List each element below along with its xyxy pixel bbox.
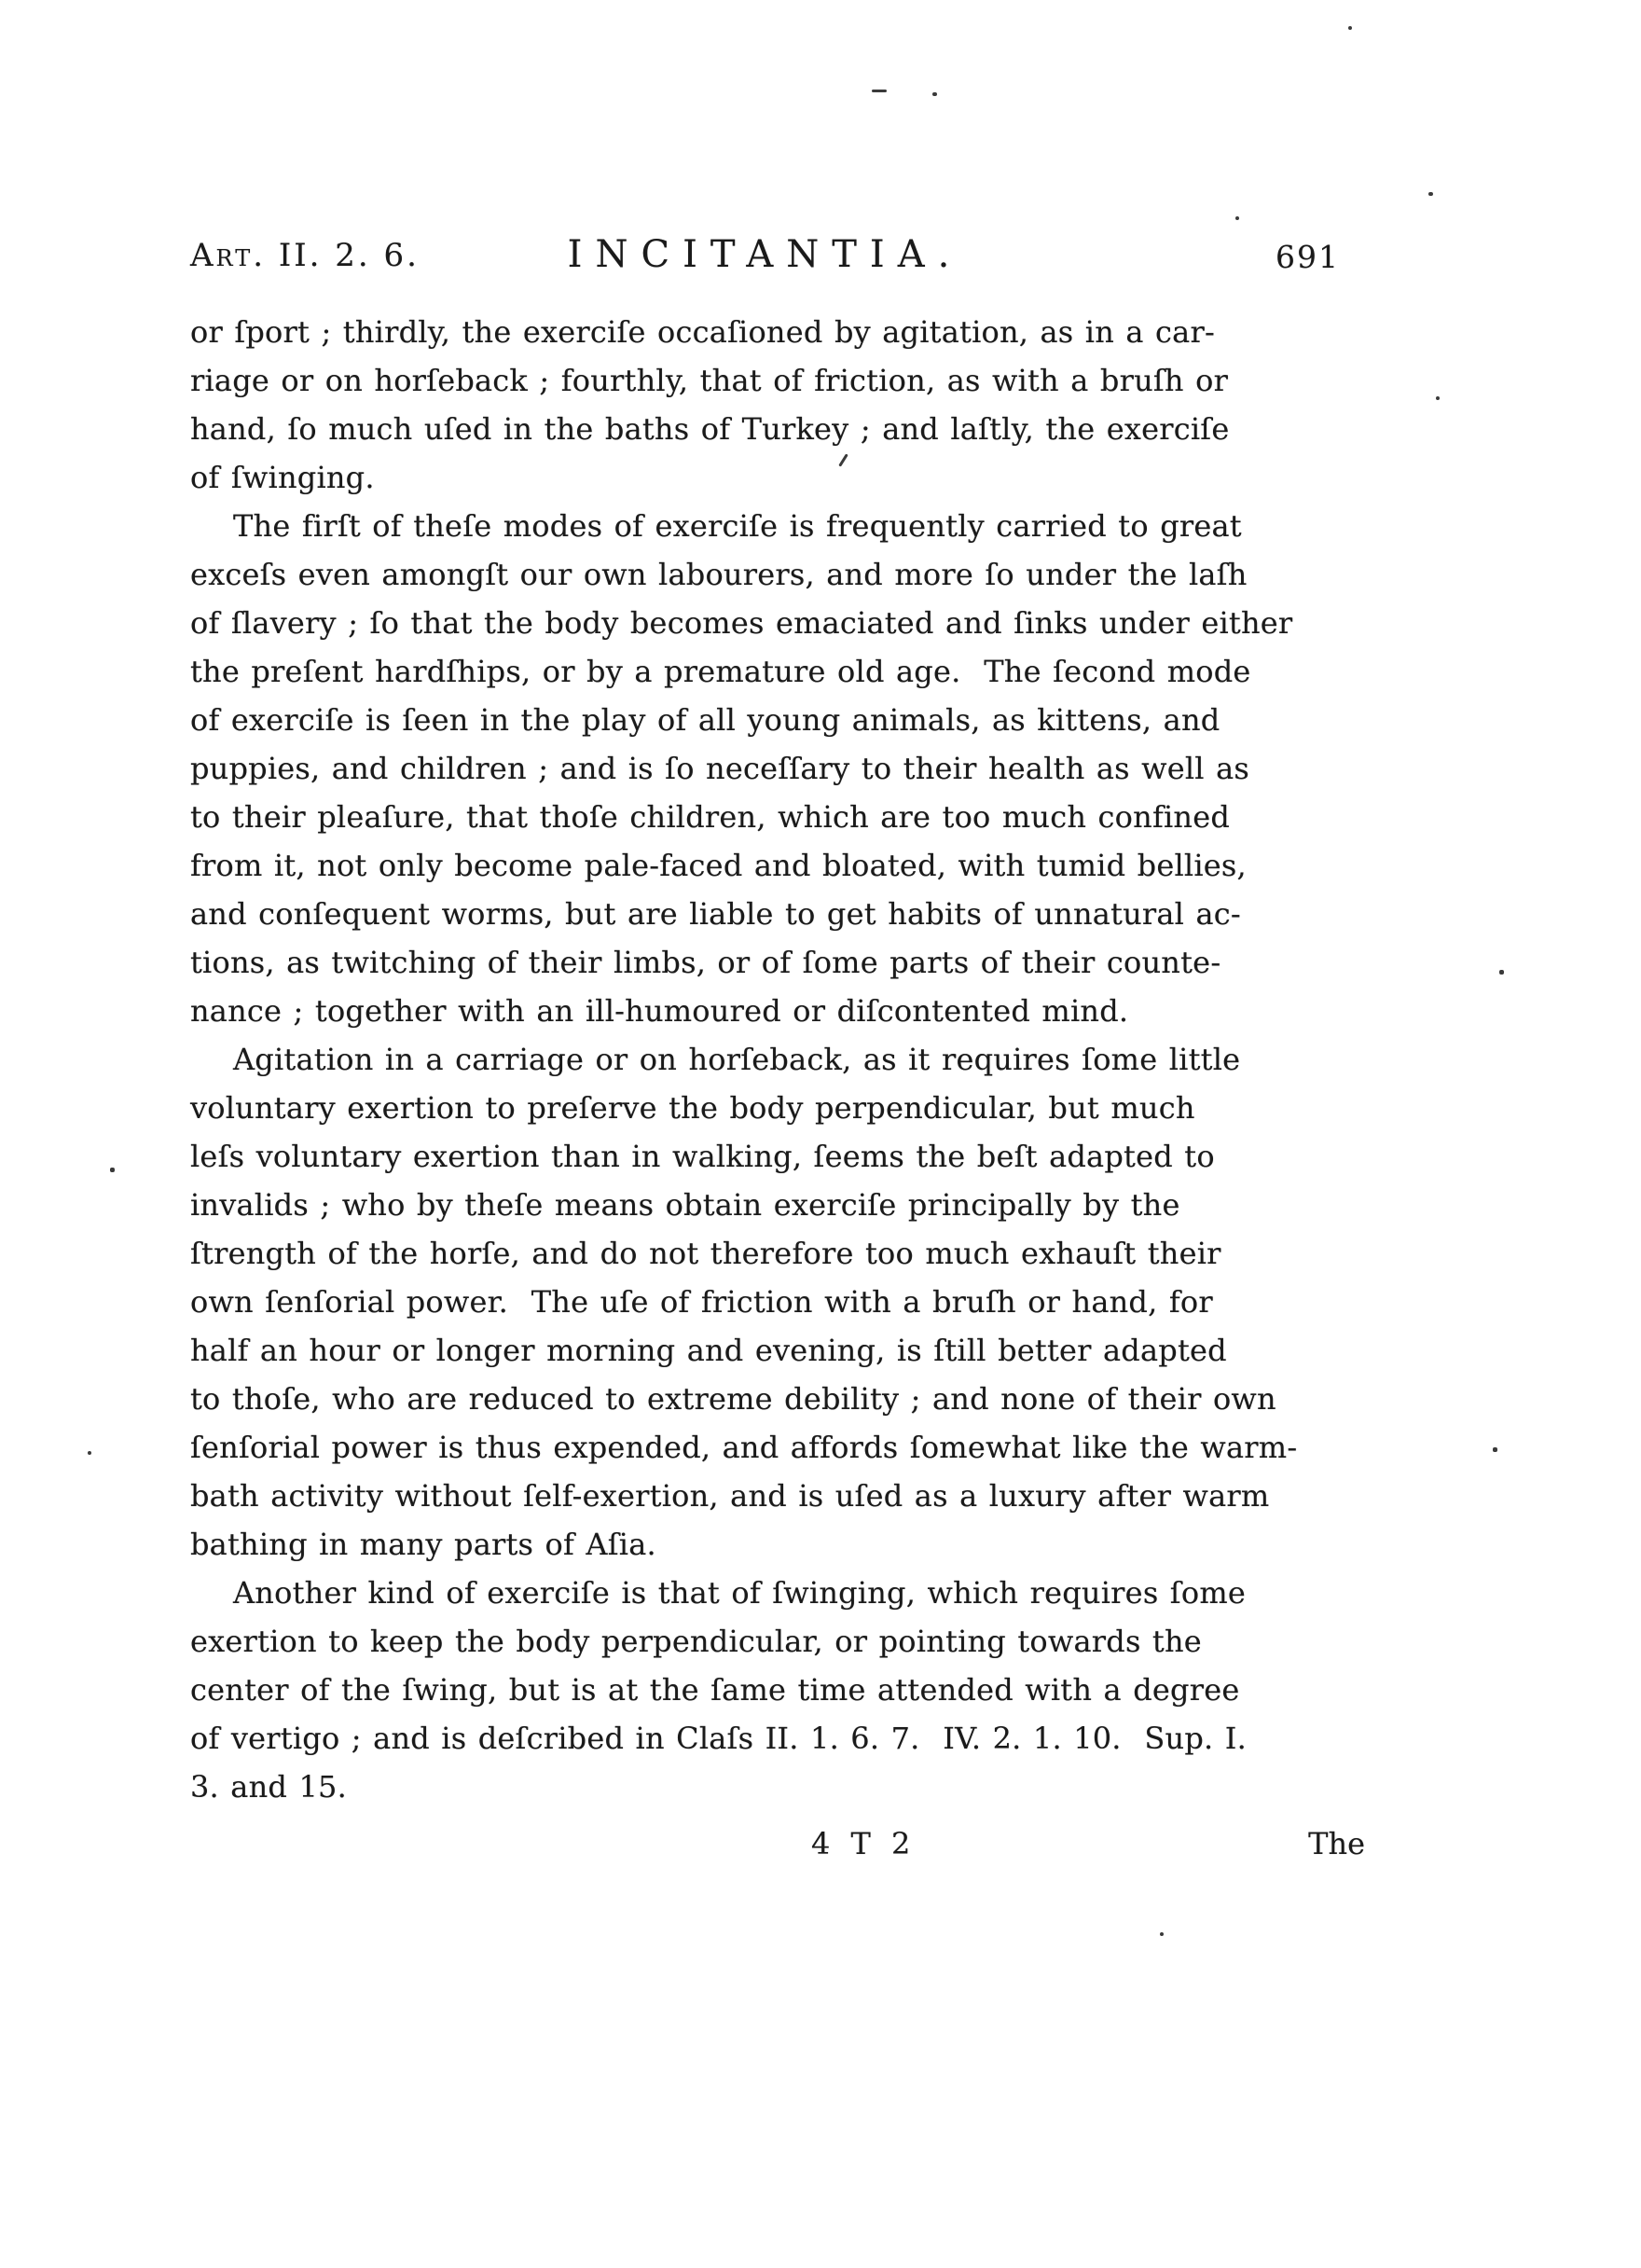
paragraph-continuation: or ſport ; thirdly, the exerciſe occaſio… — [190, 308, 1365, 502]
scan-speck — [1160, 1932, 1164, 1936]
article-reference: Art. II. 2. 6. — [190, 237, 420, 274]
scan-speck — [1235, 216, 1239, 220]
scan-speck — [1348, 26, 1352, 30]
running-header: Art. II. 2. 6. INCITANTIA. 691 — [190, 233, 1340, 278]
book-page-scan: Art. II. 2. 6. INCITANTIA. 691 or ſport … — [0, 0, 1641, 2268]
scan-speck — [1428, 192, 1433, 196]
scan-speck — [1499, 970, 1504, 975]
scan-speck — [872, 90, 887, 92]
paragraph: The firſt of theſe modes of exerciſe is … — [190, 502, 1365, 1035]
running-title: INCITANTIA. — [568, 233, 963, 276]
scan-speck — [88, 1451, 91, 1455]
scan-speck — [932, 92, 937, 96]
page-number: 691 — [1276, 239, 1340, 275]
scan-speck — [110, 1168, 115, 1172]
page-footer: 4 T 2 The — [190, 1826, 1365, 1873]
paragraph: Agitation in a carriage or on horſeback,… — [190, 1035, 1365, 1569]
scan-speck — [1493, 1447, 1497, 1452]
page-body-text: or ſport ; thirdly, the exerciſe occaſio… — [190, 308, 1365, 1811]
paragraph: Another kind of exerciſe is that of ſwin… — [190, 1569, 1365, 1811]
scan-speck — [1436, 396, 1440, 400]
catchword: The — [1308, 1826, 1365, 1861]
signature-mark: 4 T 2 — [811, 1826, 916, 1861]
